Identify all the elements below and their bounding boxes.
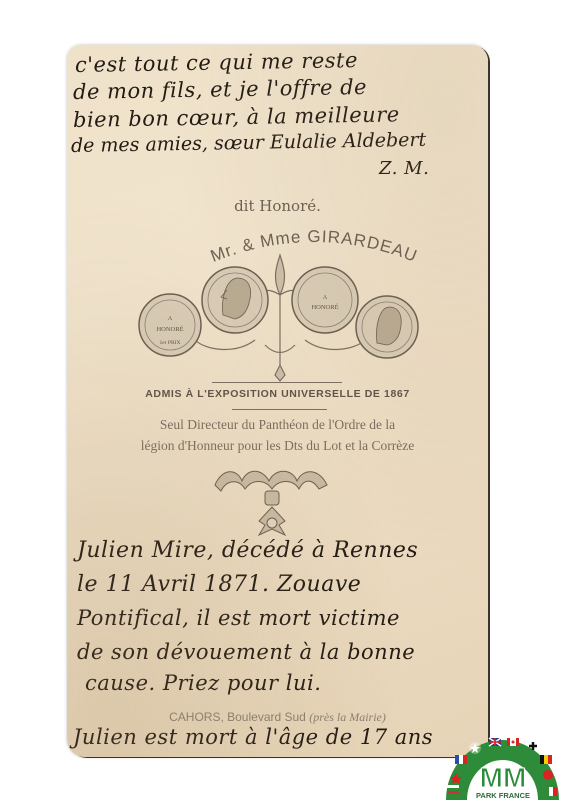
handwriting-line-6: le 11 Avril 1871. Zouave xyxy=(77,572,361,597)
handwriting-line-8: de son dévouement à la bonne xyxy=(77,640,415,664)
svg-text:MM: MM xyxy=(480,762,527,793)
svg-text:HONORÉ: HONORÉ xyxy=(156,325,183,333)
svg-text:PARK FRANCE: PARK FRANCE xyxy=(476,791,530,800)
handwriting-signature: Z. M. xyxy=(379,158,429,179)
medals-emblem-icon: A HONORÉ 1er PRIX A HONORÉ xyxy=(135,245,425,385)
studio-subtitle: dit Honoré. xyxy=(67,197,488,215)
studio-address: CAHORS, Boulevard Sud (près la Mairie) xyxy=(67,710,488,725)
handwriting-line-2: de mon fils, et je l'offre de xyxy=(73,75,367,104)
handwriting-line-1: c'est tout ce qui me reste xyxy=(75,48,358,77)
svg-text:HONORÉ: HONORÉ xyxy=(311,303,338,311)
svg-text:A: A xyxy=(323,295,328,301)
svg-text:A: A xyxy=(168,316,173,322)
handwriting-line-9: cause. Priez pour lui. xyxy=(85,671,321,695)
divider xyxy=(212,382,342,383)
handwriting-line-7: Pontifical, il est mort victime xyxy=(77,606,400,630)
exposition-notice: ADMIS À L'EXPOSITION UNIVERSELLE DE 1867 xyxy=(67,388,488,400)
divider xyxy=(232,409,327,410)
directeur-line-2: légion d'Honneur pour les Dts du Lot et … xyxy=(67,438,488,454)
handwriting-line-4: de mes amies, sœur Eulalie Aldebert xyxy=(71,129,427,157)
handwriting-line-5: Julien Mire, décédé à Rennes xyxy=(77,538,418,563)
svg-text:1er PRIX: 1er PRIX xyxy=(160,340,181,346)
handwriting-line-3: bien bon cœur, à la meilleure xyxy=(73,102,400,132)
directeur-line-1: Seul Directeur du Panthéon de l'Ordre de… xyxy=(67,417,488,433)
carte-de-visite: c'est tout ce qui me reste de mon fils, … xyxy=(67,45,488,757)
mm-park-france-logo-icon: MM PARK FRANCE xyxy=(442,727,563,800)
handwriting-line-10: Julien est mort à l'âge de 17 ans xyxy=(73,725,433,749)
